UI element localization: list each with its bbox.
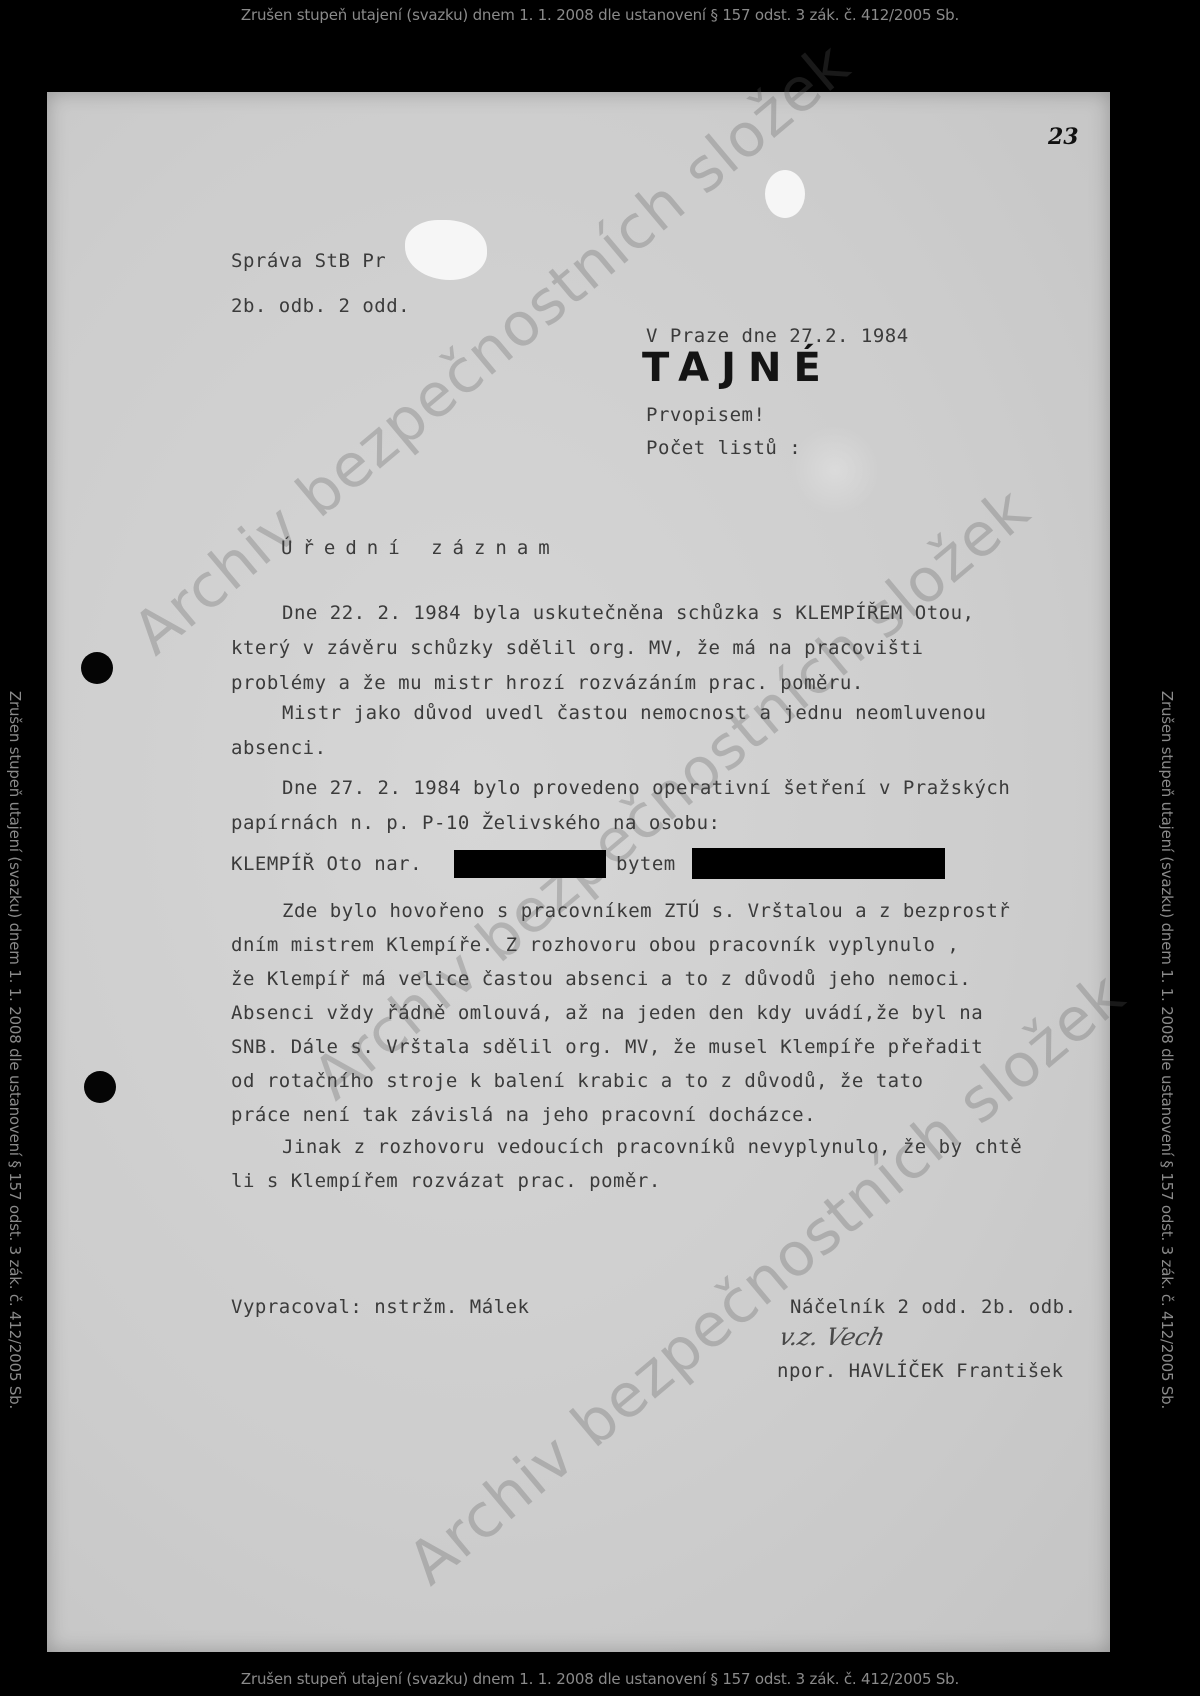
- copy-note: Prvopisem!: [646, 404, 765, 426]
- stamp-mark: [790, 425, 880, 515]
- redacted-residence: [692, 848, 945, 879]
- body-line: Zde bylo hovořeno s pracovníkem ZTÚ s. V…: [282, 900, 1010, 922]
- document-title: Úřední záznam: [281, 537, 560, 559]
- paper-blemish: [765, 170, 805, 218]
- body-line: od rotačního stroje k balení krabic a to…: [231, 1070, 923, 1092]
- prepared-by: Vypracoval: nstržm. Málek: [231, 1296, 529, 1318]
- page-number: 23: [1048, 124, 1079, 150]
- body-line: Dne 27. 2. 1984 bylo provedeno operativn…: [282, 777, 1010, 799]
- punch-hole: [84, 1071, 116, 1103]
- body-line: Absenci vždy řádně omlouvá, až na jeden …: [231, 1002, 983, 1024]
- body-line: Dne 22. 2. 1984 byla uskutečněna schůzka…: [282, 602, 974, 624]
- residence-label: bytem: [616, 853, 676, 875]
- body-line: li s Klempířem rozvázat prac. poměr.: [231, 1170, 661, 1192]
- classification-stamp: TAJNÉ: [642, 345, 833, 391]
- office-line-2: 2b. odb. 2 odd.: [231, 295, 410, 317]
- body-line: SNB. Dále s. Vrštala sdělil org. MV, že …: [231, 1036, 983, 1058]
- declassification-notice-right: Zrušen stupeň utajení (svazku) dnem 1. 1…: [1158, 691, 1176, 1409]
- redacted-birth-date: [454, 850, 606, 878]
- office-line-1: Správa StB Pr: [231, 250, 386, 272]
- chief-name: npor. HAVLÍČEK František: [777, 1360, 1064, 1382]
- body-line: že Klempíř má velice častou absenci a to…: [231, 968, 971, 990]
- chief-title: Náčelník 2 odd. 2b. odb.: [790, 1296, 1077, 1318]
- body-line: absenci.: [231, 737, 327, 759]
- handwritten-signature: v.z. Vech: [776, 1323, 888, 1351]
- body-line: problémy a že mu mistr hrozí rozvázáním …: [231, 672, 864, 694]
- body-line: který v závěru schůzky sdělil org. MV, ž…: [231, 637, 923, 659]
- declassification-notice-top: Zrušen stupeň utajení (svazku) dnem 1. 1…: [0, 6, 1200, 24]
- punch-hole: [81, 652, 113, 684]
- body-line: Jinak z rozhovoru vedoucích pracovníků n…: [282, 1136, 1022, 1158]
- body-line: papírnách n. p. P-10 Želivského na osobu…: [231, 812, 721, 834]
- subject-name-label: KLEMPÍŘ Oto nar.: [231, 853, 422, 875]
- sheet-count: Počet listů :: [646, 437, 801, 459]
- body-line: Mistr jako důvod uvedl častou nemocnost …: [282, 702, 986, 724]
- declassification-notice-bottom: Zrušen stupeň utajení (svazku) dnem 1. 1…: [0, 1670, 1200, 1688]
- place-date: V Praze dne 27.2. 1984: [646, 325, 909, 347]
- body-line: práce není tak závislá na jeho pracovní …: [231, 1104, 816, 1126]
- body-line: dním mistrem Klempíře. Z rozhovoru obou …: [231, 934, 959, 956]
- declassification-notice-left: Zrušen stupeň utajení (svazku) dnem 1. 1…: [6, 691, 24, 1409]
